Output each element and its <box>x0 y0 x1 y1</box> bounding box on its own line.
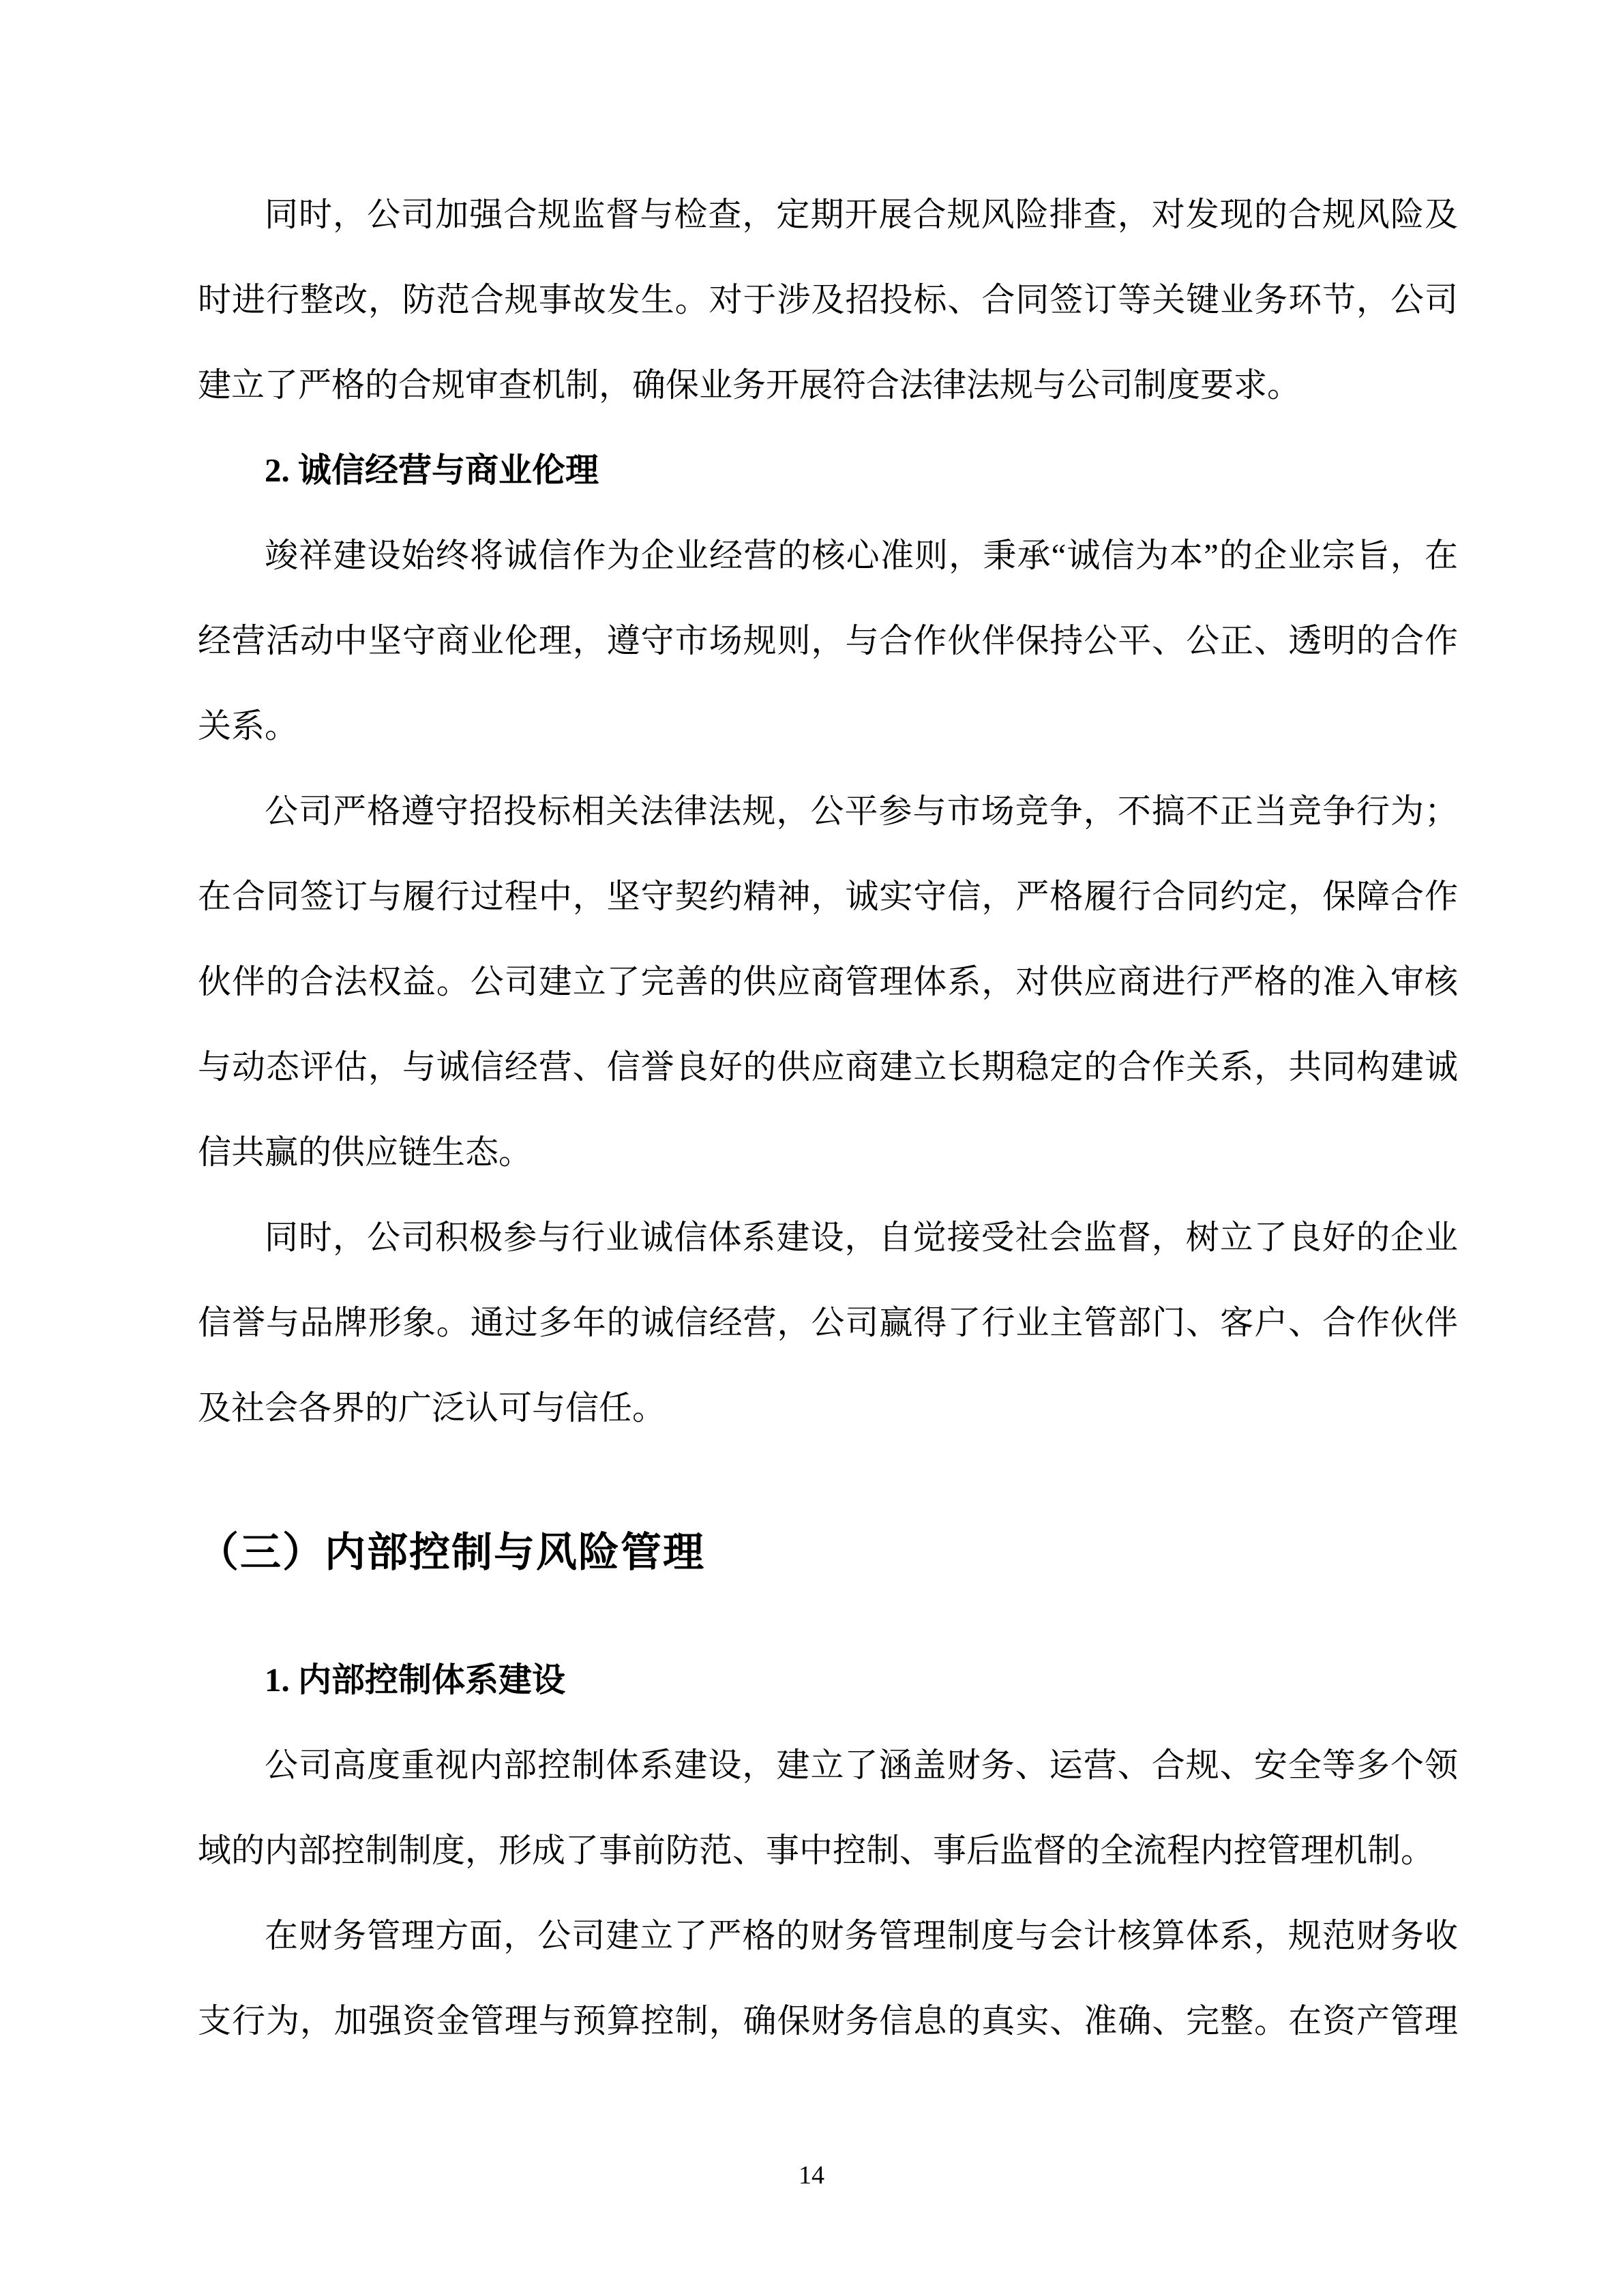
paragraph-integrity-intro: 竣祥建设始终将诚信作为企业经营的核心准则，秉承“诚信为本”的企业宗旨，在经营活动… <box>198 513 1458 769</box>
document-page: 同时，公司加强合规监督与检查，定期开展合规风险排查，对发现的合规风险及时进行整改… <box>0 0 1623 2296</box>
paragraph-compliance-supervision: 同时，公司加强合规监督与检查，定期开展合规风险排查，对发现的合规风险及时进行整改… <box>198 172 1458 428</box>
paragraph-internal-control-system: 公司高度重视内部控制体系建设，建立了涵盖财务、运营、合规、安全等多个领域的内部控… <box>198 1723 1458 1893</box>
subsection-heading-internal-control-system: 1. 内部控制体系建设 <box>198 1637 1458 1723</box>
paragraph-reputation-trust: 同时，公司积极参与行业诚信体系建设，自觉接受社会监督，树立了良好的企业信誉与品牌… <box>198 1195 1458 1450</box>
page-number: 14 <box>0 2160 1623 2190</box>
section-heading-internal-control-risk-management: （三）内部控制与风险管理 <box>198 1521 1458 1584</box>
paragraph-financial-management: 在财务管理方面，公司建立了严格的财务管理制度与会计核算体系，规范财务收支行为，加… <box>198 1893 1458 2063</box>
paragraph-bidding-contracts-suppliers: 公司严格遵守招投标相关法律法规，公平参与市场竞争，不搞不正当竞争行为；在合同签订… <box>198 769 1458 1195</box>
subsection-heading-integrity-business-ethics: 2. 诚信经营与商业伦理 <box>198 428 1458 513</box>
page-body-text: 同时，公司加强合规监督与检查，定期开展合规风险排查，对发现的合规风险及时进行整改… <box>198 172 1458 2063</box>
